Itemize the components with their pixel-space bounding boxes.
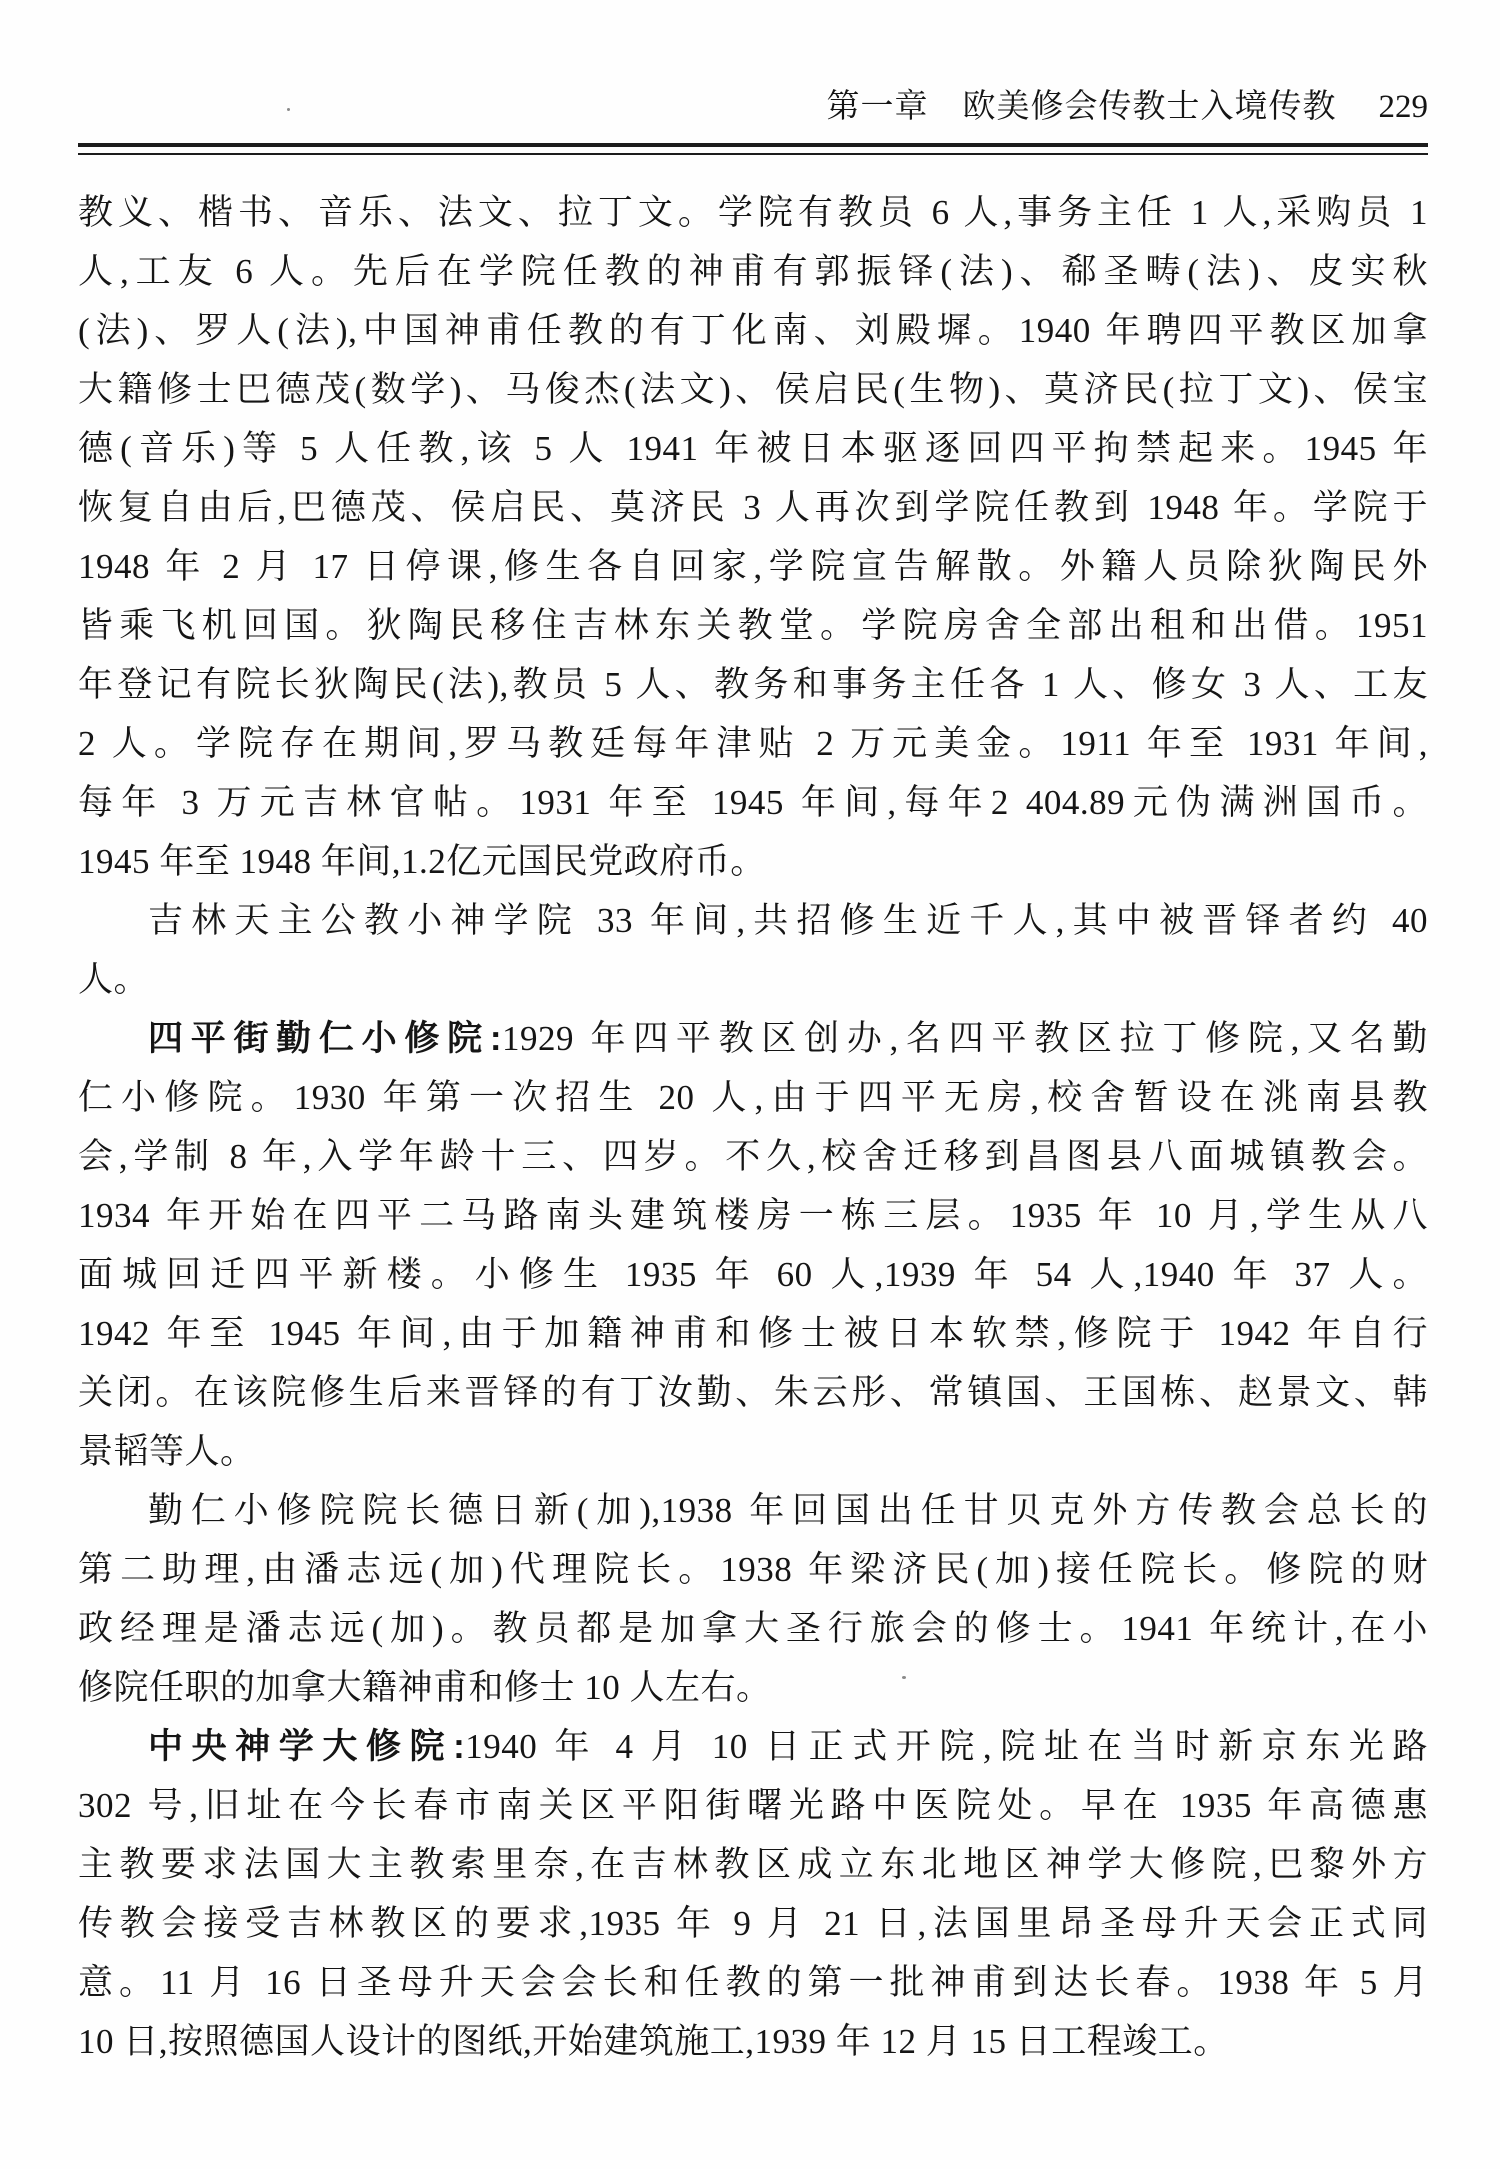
section-subheading: 中央神学大修院: [148,1727,465,1766]
text-line: 主教要求法国大主教索里奈,在吉林教区成立东北地区神学大修院,巴黎外方 [78,1835,1428,1894]
header-rule [78,143,1428,155]
text-line: 意。11 月 16 日圣母升天会会长和任教的第一批神甫到达长春。1938 年 5… [78,1953,1428,2012]
text-line: 年登记有院长狄陶民(法),教员 5 人、教务和事务主任各 1 人、修女 3 人、… [78,655,1428,714]
text-line: 德(音乐)等 5 人任教,该 5 人 1941 年被日本驱逐回四平拘禁起来。19… [78,419,1428,478]
text-line: 景韬等人。 [78,1422,1428,1481]
text-line: 修院任职的加拿大籍神甫和修士 10 人左右。 [78,1658,1428,1717]
text-line: (法)、罗人(法),中国神甫任教的有丁化南、刘殿墀。1940 年聘四平教区加拿 [78,301,1428,360]
text-line: 教义、楷书、音乐、法文、拉丁文。学院有教员 6 人,事务主任 1 人,采购员 1 [78,183,1428,242]
text-line: 人,工友 6 人。先后在学院任教的神甫有郭振铎(法)、郗圣畴(法)、皮实秋 [78,242,1428,301]
text-line: 人。 [78,950,1428,1009]
page-number: 229 [1379,86,1429,128]
text-line: 10 日,按照德国人设计的图纸,开始建筑施工,1939 年 12 月 15 日工… [78,2012,1428,2071]
section-subheading: 四平街勤仁小修院: [148,1019,502,1058]
text-line: 1942 年至 1945 年间,由于加籍神甫和修士被日本软禁,修院于 1942 … [78,1304,1428,1363]
page-body: 教义、楷书、音乐、法文、拉丁文。学院有教员 6 人,事务主任 1 人,采购员 1… [78,183,1428,2071]
scanned-book-page: 第一章 欧美修会传教士入境传教229 教义、楷书、音乐、法文、拉丁文。学院有教员… [0,0,1500,2169]
text-line: 每年 3 万元吉林官帖。1931 年至 1945 年间,每年2 404.89元伪… [78,773,1428,832]
text-line: 302 号,旧址在今长春市南关区平阳街曙光路中医院处。早在 1935 年高德惠 [78,1776,1428,1835]
text-line: 仁小修院。1930 年第一次招生 20 人,由于四平无房,校舍暂设在洮南县教 [78,1068,1428,1127]
text-line: 中央神学大修院:1940 年 4 月 10 日正式开院,院址在当时新京东光路 [78,1717,1428,1776]
text-line: 会,学制 8 年,入学年龄十三、四岁。不久,校舍迁移到昌图县八面城镇教会。 [78,1127,1428,1186]
text-line: 关闭。在该院修生后来晋铎的有丁汝勤、朱云彤、常镇国、王国栋、赵景文、韩 [78,1363,1428,1422]
text-line: 1948 年 2 月 17 日停课,修生各自回家,学院宣告解散。外籍人员除狄陶民… [78,537,1428,596]
text-line: 皆乘飞机回国。狄陶民移住吉林东关教堂。学院房舍全部出租和出借。1951 [78,596,1428,655]
text-line: 大籍修士巴德茂(数学)、马俊杰(法文)、侯启民(生物)、莫济民(拉丁文)、侯宝 [78,360,1428,419]
text-line: 传教会接受吉林教区的要求,1935 年 9 月 21 日,法国里昂圣母升天会正式… [78,1894,1428,1953]
text-line: 2 人。学院存在期间,罗马教廷每年津贴 2 万元美金。1911 年至 1931 … [78,714,1428,773]
text-line: 四平街勤仁小修院:1929 年四平教区创办,名四平教区拉丁修院,又名勤 [78,1009,1428,1068]
text-line: 面城回迁四平新楼。小修生 1935 年 60 人,1939 年 54 人,194… [78,1245,1428,1304]
text-line: 1934 年开始在四平二马路南头建筑楼房一栋三层。1935 年 10 月,学生从… [78,1186,1428,1245]
running-header: 第一章 欧美修会传教士入境传教229 [78,0,1428,128]
text-line: 1945 年至 1948 年间,1.2亿元国民党政府币。 [78,832,1428,891]
text-line: 第二助理,由潘志远(加)代理院长。1938 年梁济民(加)接任院长。修院的财 [78,1540,1428,1599]
text-line: 勤仁小修院院长德日新(加),1938 年回国出任甘贝克外方传教会总长的 [78,1481,1428,1540]
text-line: 吉林天主公教小神学院 33 年间,共招修生近千人,其中被晋铎者约 40 [78,891,1428,950]
text-block: 第一章 欧美修会传教士入境传教229 教义、楷书、音乐、法文、拉丁文。学院有教员… [78,0,1428,2071]
text-line: 政经理是潘志远(加)。教员都是加拿大圣行旅会的修士。1941 年统计,在小 [78,1599,1428,1658]
text-line: 恢复自由后,巴德茂、侯启民、莫济民 3 人再次到学院任教到 1948 年。学院于 [78,478,1428,537]
chapter-heading: 第一章 欧美修会传教士入境传教 [827,89,1337,125]
